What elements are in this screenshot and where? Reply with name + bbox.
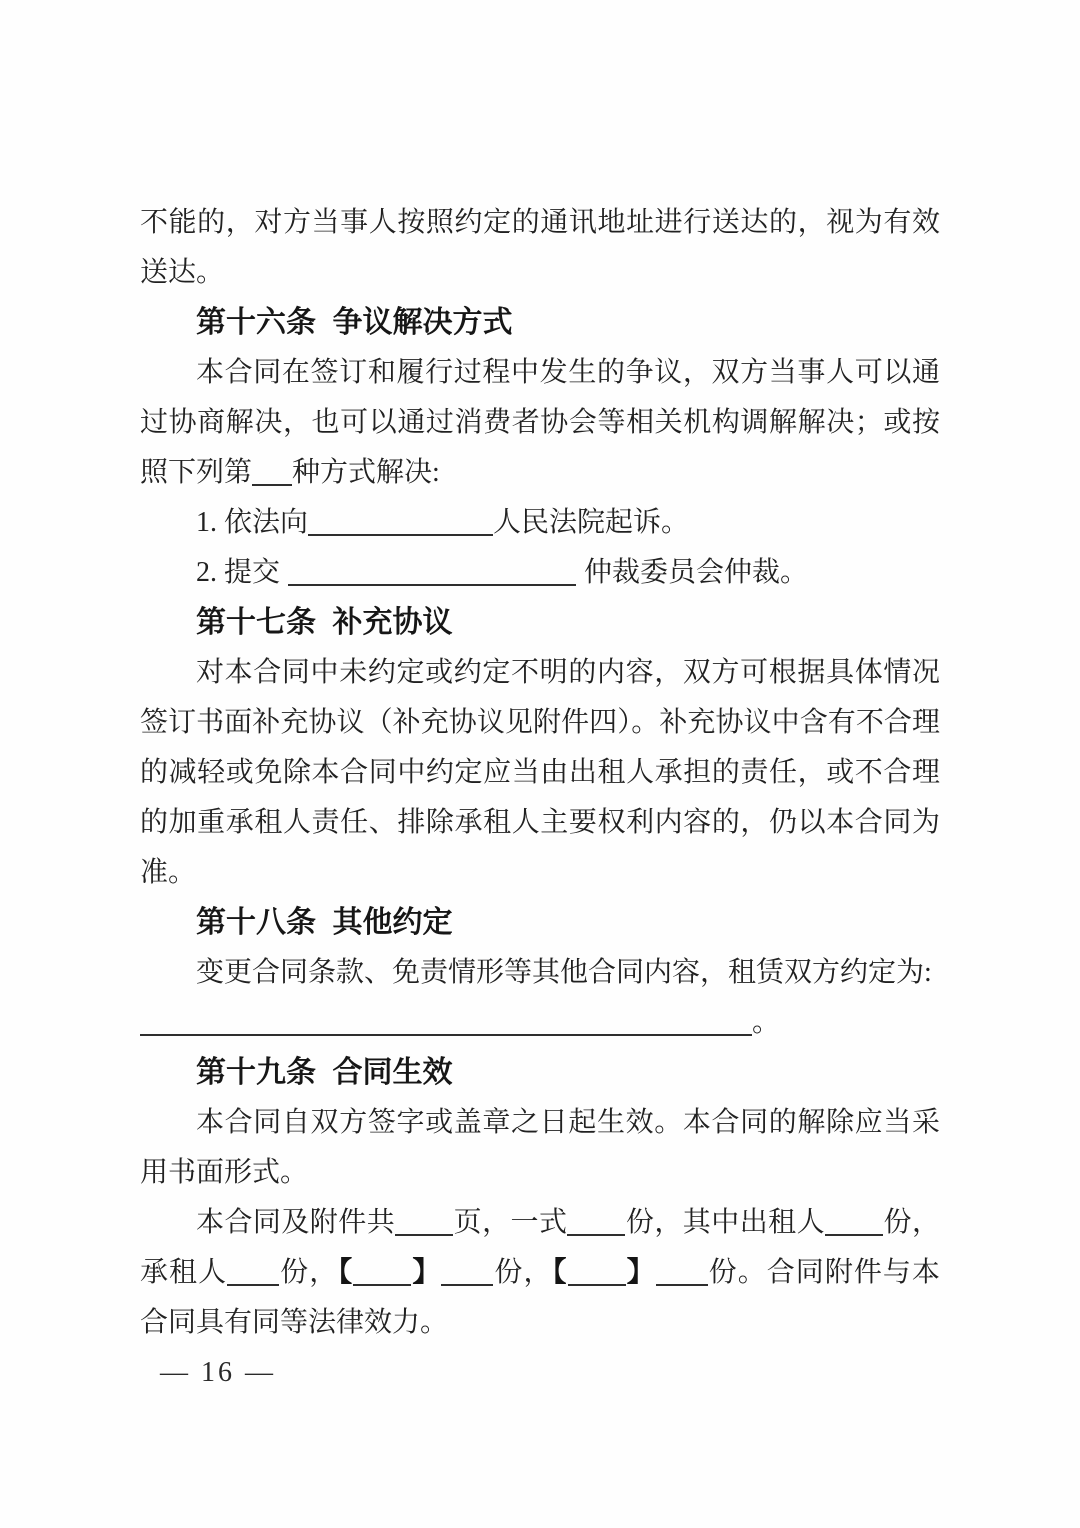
list-item-text: 仲裁委员会仲裁。 xyxy=(584,557,808,588)
article-number: 第十九条 xyxy=(196,1056,316,1089)
article-17-heading: 第十七条补充协议 xyxy=(140,598,940,648)
blank-total-pages[interactable] xyxy=(395,1208,453,1236)
article-18-heading: 第十八条其他约定 xyxy=(140,898,940,948)
paragraph-copies: 本合同及附件共页，一式份，其中出租人份，承租人份，【】份，【】份。合同附件与本合… xyxy=(140,1198,940,1348)
article-title: 其他约定 xyxy=(333,906,453,939)
list-item-text: 人民法院起诉。 xyxy=(493,507,689,538)
document-page: 不能的，对方当事人按照约定的通讯地址进行送达的，视为有效送达。 第十六条争议解决… xyxy=(0,0,1080,1528)
paragraph-effectiveness: 本合同自双方签字或盖章之日起生效。本合同的解除应当采用书面形式。 xyxy=(140,1098,940,1198)
blank-dispute-method-number[interactable] xyxy=(252,458,292,486)
article-number: 第十七条 xyxy=(196,606,316,639)
article-title: 争议解决方式 xyxy=(333,306,513,339)
list-item-text: 2. 提交 xyxy=(196,557,280,588)
paragraph-text: 变更合同条款、免责情形等其他合同内容，租赁双方约定为: xyxy=(196,957,932,988)
paragraph-dispute-resolution: 本合同在签订和履行过程中发生的争议，双方当事人可以通过协商解决，也可以通过消费者… xyxy=(140,348,940,498)
paragraph-text: 页，一式 xyxy=(453,1207,567,1238)
paragraph-text: 不能的，对方当事人按照约定的通讯地址进行送达的，视为有效送达。 xyxy=(140,207,940,288)
article-title: 合同生效 xyxy=(333,1056,453,1089)
left-bracket: 【 xyxy=(553,1257,568,1288)
article-19-heading: 第十九条合同生效 xyxy=(140,1048,940,1098)
article-title: 补充协议 xyxy=(333,606,453,639)
paragraph-text: 份，其中出租人 xyxy=(625,1207,825,1238)
blank-court-name[interactable] xyxy=(308,508,493,536)
blank-other-agreements[interactable] xyxy=(140,1008,752,1036)
paragraph-text: 种方式解决: xyxy=(292,457,440,488)
blank-party-1-copies[interactable] xyxy=(441,1258,493,1286)
paragraph-text: 本合同及附件共 xyxy=(196,1207,395,1238)
blank-lessor-copies[interactable] xyxy=(825,1208,883,1236)
paragraph-other-agreements-blank-line: 。 xyxy=(140,998,940,1048)
paragraph-text: 本合同自双方签字或盖章之日起生效。本合同的解除应当采用书面形式。 xyxy=(140,1107,940,1188)
list-item-arbitration: 2. 提交仲裁委员会仲裁。 xyxy=(140,548,940,598)
page-number: — 16 — xyxy=(160,1356,276,1390)
article-number: 第十六条 xyxy=(196,306,316,339)
blank-arbitration-commission[interactable] xyxy=(288,558,576,586)
blank-party-1-name[interactable] xyxy=(353,1258,411,1286)
blank-lessee-copies[interactable] xyxy=(227,1258,279,1286)
right-bracket: 】 xyxy=(411,1257,441,1288)
article-16-heading: 第十六条争议解决方式 xyxy=(140,298,940,348)
paragraph-delivery-continuation: 不能的，对方当事人按照约定的通讯地址进行送达的，视为有效送达。 xyxy=(140,198,940,298)
list-item-text: 1. 依法向 xyxy=(196,507,308,538)
list-item-court: 1. 依法向人民法院起诉。 xyxy=(140,498,940,548)
paragraph-other-agreements: 变更合同条款、免责情形等其他合同内容，租赁双方约定为: xyxy=(140,948,940,998)
paragraph-text: 份， xyxy=(493,1257,552,1288)
blank-party-2-copies[interactable] xyxy=(656,1258,708,1286)
blank-total-copies[interactable] xyxy=(567,1208,625,1236)
contract-body: 不能的，对方当事人按照约定的通讯地址进行送达的，视为有效送达。 第十六条争议解决… xyxy=(140,198,940,1348)
paragraph-text: 对本合同中未约定或约定不明的内容，双方可根据具体情况签订书面补充协议（补充协议见… xyxy=(140,657,940,888)
article-number: 第十八条 xyxy=(196,906,316,939)
paragraph-text: 份， xyxy=(279,1257,338,1288)
paragraph-supplementary-agreement: 对本合同中未约定或约定不明的内容，双方可根据具体情况签订书面补充协议（补充协议见… xyxy=(140,648,940,898)
paragraph-text: 。 xyxy=(752,1007,780,1038)
blank-party-2-name[interactable] xyxy=(568,1258,626,1286)
right-bracket: 】 xyxy=(626,1257,656,1288)
left-bracket: 【 xyxy=(338,1257,353,1288)
